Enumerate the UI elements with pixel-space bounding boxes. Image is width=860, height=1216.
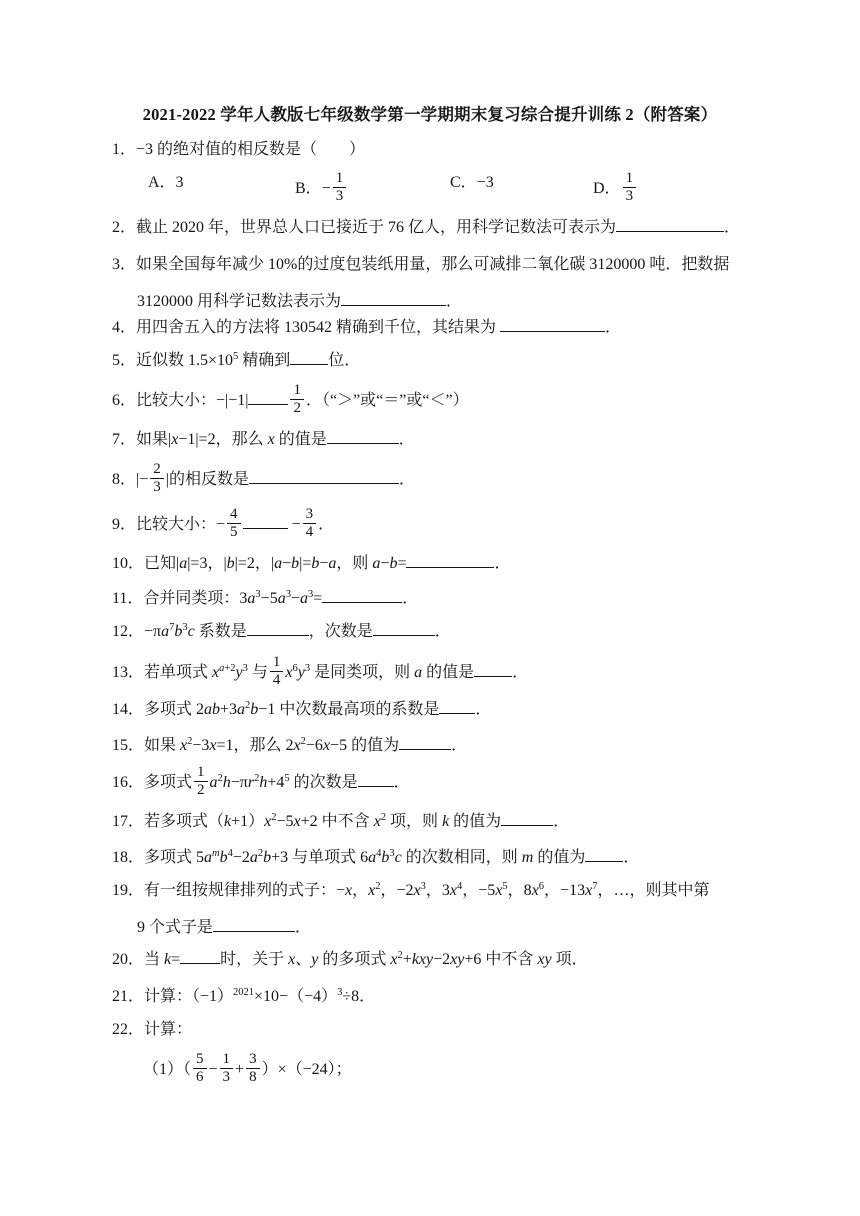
question-14: 14．多项式 2ab+3a2b−1 中次数最高项的系数是．	[112, 699, 491, 721]
fraction: 14	[270, 654, 284, 689]
math-variable: m	[522, 849, 534, 866]
math-variable: x	[294, 737, 301, 754]
superscript: 2	[245, 700, 250, 711]
question-13: 13．若单项式 xa+2y3 与14x6y3 是同类项，则 a 的值是．	[112, 656, 528, 691]
answer-blank	[474, 663, 512, 677]
answer-blank	[290, 351, 328, 365]
math-variable: a	[300, 590, 308, 607]
question-19-line-2: 9 个式子是．	[137, 917, 311, 939]
superscript: a+2	[219, 663, 235, 674]
math-variable: y	[236, 664, 243, 681]
math-variable: x	[288, 951, 295, 968]
math-variable: b	[220, 849, 228, 866]
answer-blank	[406, 554, 494, 568]
question-16: 16．多项式12a2h−πr2h+45 的次数是．	[112, 766, 410, 801]
answer-blank	[500, 318, 605, 332]
question-11: 11．合并同类项：3a3−5a3−a3=．	[112, 588, 418, 610]
answer-blank	[501, 812, 553, 826]
math-variable: xy	[537, 951, 551, 968]
math-variable: x	[390, 951, 397, 968]
answer-blank	[180, 950, 220, 964]
math-variable: a	[278, 590, 286, 607]
math-variable: h	[259, 774, 267, 791]
math-variable: y	[298, 664, 305, 681]
superscript: 4	[376, 848, 381, 859]
answer-blank	[322, 589, 402, 603]
question-3-line-1: 3．如果全国每年减少 10%的过度包装纸用量，那么可减排二氧化碳 3120000…	[112, 254, 729, 276]
math-variable: xy	[450, 951, 464, 968]
option-a: A．3	[148, 172, 184, 194]
fraction: 13	[220, 1051, 234, 1086]
question-17: 17．若多项式（k+1）x2−5x+2 中不含 x2 项，则 k 的值为．	[112, 811, 569, 833]
superscript: 2	[301, 736, 306, 747]
superscript: 7	[169, 622, 174, 633]
fraction: 34	[303, 506, 317, 541]
fraction: 12	[290, 382, 304, 417]
question-10: 10．已知|a|=3，|b|=2，|a−b|=b−a，则 a−b=．	[112, 553, 510, 575]
math-variable: x	[345, 882, 352, 899]
math-variable: a	[368, 849, 376, 866]
superscript: 2	[254, 773, 259, 784]
math-variable: a	[372, 555, 380, 572]
math-variable: x	[209, 737, 216, 754]
math-variable: x	[450, 882, 457, 899]
answer-blank	[399, 736, 451, 750]
superscript: 2	[271, 812, 276, 823]
math-variable: x	[171, 431, 178, 448]
question-22-part-1: （1）（56−13+38）×（−24）；	[143, 1053, 352, 1088]
math-variable: c	[395, 849, 402, 866]
question-1-options: A．3B．−13C．−3D．13	[112, 172, 772, 194]
math-variable: x	[285, 664, 292, 681]
math-variable: b	[227, 555, 235, 572]
math-variable: x	[414, 882, 421, 899]
math-variable: b	[311, 555, 319, 572]
superscript: 2	[187, 736, 192, 747]
superscript: 2	[381, 812, 386, 823]
superscript: 5	[284, 773, 289, 784]
superscript: 3	[389, 848, 394, 859]
math-variable: b	[263, 849, 271, 866]
answer-blank	[439, 700, 475, 714]
math-variable: kxy	[412, 951, 433, 968]
fraction: 45	[227, 506, 241, 541]
superscript: 3	[286, 589, 291, 600]
answer-blank	[248, 391, 288, 405]
math-variable: k	[224, 813, 231, 830]
exam-document-page: 2021-2022 学年人教版七年级数学第一学期期末复习综合提升训练 2（附答案…	[0, 0, 860, 1216]
answer-blank	[243, 515, 288, 529]
math-variable: c	[188, 623, 195, 640]
option-c: C．−3	[450, 172, 494, 194]
superscript: 3	[337, 987, 342, 998]
math-variable: x	[294, 813, 301, 830]
superscript: 3	[308, 589, 313, 600]
fraction: 23	[150, 461, 164, 496]
question-2: 2．截止 2020 年，世界总人口已接近于 76 亿人，用科学记数法可表示为．	[112, 217, 740, 239]
superscript: 3	[243, 663, 248, 674]
superscript: 6	[293, 663, 298, 674]
math-variable: b	[291, 555, 299, 572]
math-variable: y	[311, 951, 318, 968]
math-variable: b	[389, 555, 397, 572]
fraction: 38	[246, 1051, 260, 1086]
math-variable: x	[268, 431, 275, 448]
fraction: 13	[333, 170, 347, 205]
math-variable: a	[179, 555, 187, 572]
option-b: B．−13	[295, 172, 348, 207]
math-variable: a	[414, 664, 422, 681]
superscript: 5	[502, 881, 507, 892]
document-title: 2021-2022 学年人教版七年级数学第一学期期末复习综合提升训练 2（附答案…	[0, 101, 860, 125]
superscript: m	[212, 848, 220, 859]
math-variable: k	[442, 813, 449, 830]
question-7: 7．如果|x−1|=2，那么 x 的值是．	[112, 429, 415, 451]
question-5: 5．近似数 1.5×105 精确到位．	[112, 350, 360, 372]
math-variable: x	[374, 813, 381, 830]
math-variable: a	[161, 623, 169, 640]
question-22: 22．计算：	[112, 1019, 192, 1041]
superscript: 4	[228, 848, 233, 859]
question-1: 1．−3 的绝对值的相反数是（ ）	[112, 139, 365, 161]
question-6: 6．比较大小：−|−1|12．（“＞”或“＝”或“＜”）	[112, 384, 469, 419]
math-variable: x	[323, 737, 330, 754]
superscript: 2	[375, 881, 380, 892]
superscript: 5	[233, 351, 238, 362]
superscript: 3	[182, 622, 187, 633]
question-20: 20．当 k=时，关于 x、y 的多项式 x2+kxy−2xy+6 中不含 xy…	[112, 949, 588, 971]
answer-blank	[373, 622, 435, 636]
answer-blank	[213, 918, 295, 932]
math-variable: a	[237, 701, 245, 718]
answer-blank	[249, 470, 399, 484]
math-variable: a	[210, 774, 218, 791]
question-4: 4．用四舍五入的方法将 130542 精确到千位，其结果为 ．	[112, 317, 621, 339]
superscript: 2	[258, 848, 263, 859]
superscript: 7	[592, 881, 597, 892]
fraction: 56	[193, 1051, 207, 1086]
math-variable: b	[250, 701, 258, 718]
superscript: 3	[305, 663, 310, 674]
question-8: 8．|−23|的相反数是．	[112, 463, 415, 498]
math-variable: a	[274, 555, 282, 572]
superscript: 6	[539, 881, 544, 892]
math-variable: a	[204, 849, 212, 866]
superscript: 3	[255, 589, 260, 600]
math-variable: h	[223, 774, 231, 791]
answer-blank	[327, 430, 399, 444]
fraction: 13	[623, 170, 637, 205]
answer-blank	[585, 848, 623, 862]
math-variable: k	[164, 951, 171, 968]
superscript: 2	[218, 773, 223, 784]
superscript: 2	[398, 950, 403, 961]
question-21: 21．计算：（−1）2021×10−（−4）3÷8．	[112, 986, 375, 1008]
fraction: 12	[194, 764, 208, 799]
question-18: 18．多项式 5amb4−2a2b+3 与单项式 6a4b3c 的次数相同，则 …	[112, 847, 639, 869]
math-variable: a	[219, 663, 224, 674]
question-9: 9．比较大小：−45 −34．	[112, 508, 334, 543]
answer-blank	[358, 773, 394, 787]
superscript: 3	[421, 881, 426, 892]
question-15: 15．如果 x2−3x=1，那么 2x2−6x−5 的值为．	[112, 735, 467, 757]
math-variable: a	[328, 555, 336, 572]
answer-blank	[341, 292, 446, 306]
math-variable: a	[250, 849, 258, 866]
answer-blank	[247, 622, 309, 636]
answer-blank	[616, 218, 724, 232]
math-variable: m	[212, 848, 220, 859]
question-3-line-2: 3120000 用科学记数法表示为．	[137, 291, 462, 313]
question-12: 12．−πa7b3c 系数是，次数是．	[112, 621, 451, 643]
option-d: D．13	[593, 172, 638, 207]
superscript: 2021	[233, 987, 254, 998]
math-variable: x	[532, 882, 539, 899]
superscript: 4	[457, 881, 462, 892]
math-variable: ab	[204, 701, 220, 718]
question-19-line-1: 19．有一组按规律排列的式子：−x，x2，−2x3，3x4，−5x5，8x6，−…	[112, 880, 709, 902]
